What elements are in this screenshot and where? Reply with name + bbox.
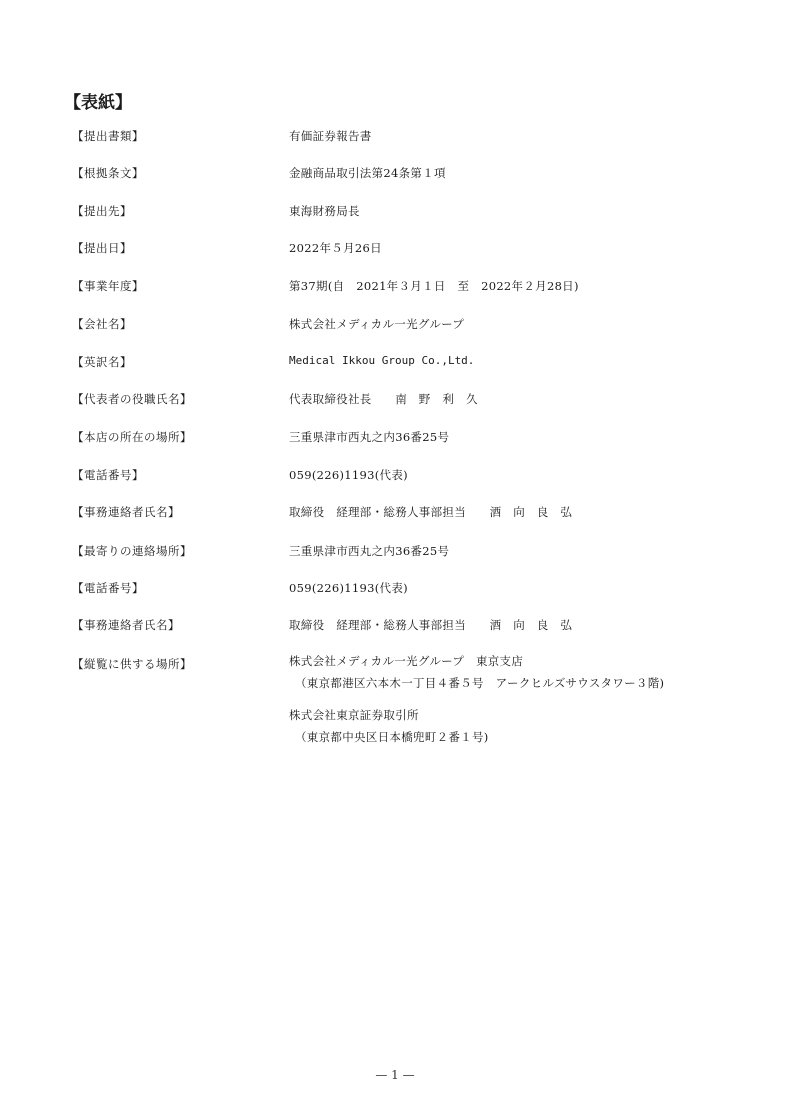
field-label: 【事務連絡者氏名】 [72, 617, 180, 633]
inspection-place-address: （東京都中央区日本橋兜町２番１号) [289, 726, 664, 748]
field-label: 【電話番号】 [72, 580, 144, 596]
inspection-place-name: 株式会社東京証券取引所 [289, 704, 664, 726]
field-value: 取締役 経理部・総務人事部担当 酒 向 良 弘 [289, 617, 572, 633]
field-value: 東海財務局長 [289, 203, 360, 219]
field-value: 三重県津市西丸之内36番25号 [289, 543, 449, 559]
field-label: 【代表者の役職氏名】 [72, 391, 192, 407]
field-value: 取締役 経理部・総務人事部担当 酒 向 良 弘 [289, 504, 572, 520]
page-number: — 1 — [0, 1068, 790, 1082]
field-value: 有価証券報告書 [289, 128, 372, 144]
field-value: 第37期(自 2021年３月１日 至 2022年２月28日) [289, 278, 579, 294]
field-value: 059(226)1193(代表) [289, 580, 408, 596]
field-label: 【最寄りの連絡場所】 [72, 543, 192, 559]
field-label: 【本店の所在の場所】 [72, 429, 192, 445]
field-label: 【事業年度】 [72, 278, 144, 294]
field-value: 三重県津市西丸之内36番25号 [289, 429, 449, 445]
field-value: 株式会社メディカル一光グループ [289, 316, 464, 332]
field-value: 059(226)1193(代表) [289, 467, 408, 483]
field-label: 【提出書類】 [72, 128, 144, 144]
field-value: 株式会社メディカル一光グループ 東京支店 （東京都港区六本木一丁目４番５号 アー… [289, 650, 664, 748]
field-label: 【提出日】 [72, 240, 132, 256]
field-label: 【会社名】 [72, 316, 132, 332]
field-label: 【縦覧に供する場所】 [72, 656, 192, 672]
field-label: 【事務連絡者氏名】 [72, 504, 180, 520]
field-label: 【英訳名】 [72, 354, 132, 370]
field-value: 金融商品取引法第24条第１項 [289, 165, 446, 181]
field-label: 【電話番号】 [72, 467, 144, 483]
inspection-place-address: （東京都港区六本木一丁目４番５号 アークヒルズサウスタワー３階) [289, 672, 664, 694]
field-value: Medical Ikkou Group Co.,Ltd. [289, 354, 474, 367]
field-value: 代表取締役社長 南 野 利 久 [289, 391, 478, 407]
field-value: 2022年５月26日 [289, 240, 382, 256]
inspection-place-name: 株式会社メディカル一光グループ 東京支店 [289, 650, 664, 672]
field-label: 【根拠条文】 [72, 165, 144, 181]
section-title: 【表紙】 [64, 88, 132, 113]
field-label: 【提出先】 [72, 203, 132, 219]
